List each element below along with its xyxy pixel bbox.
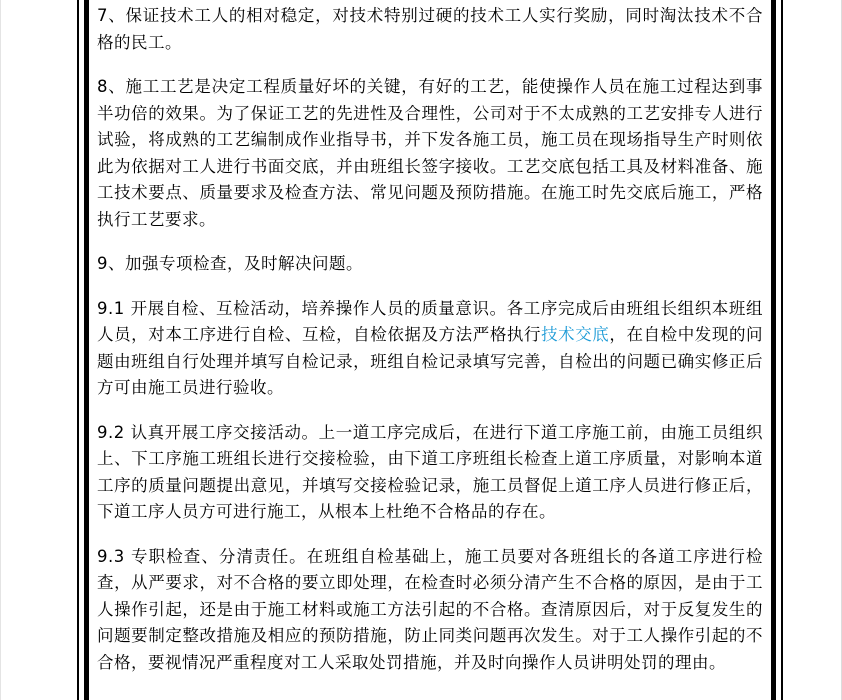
paragraph-9: 9、加强专项检查，及时解决问题。 (97, 251, 763, 278)
paragraph-8: 8、施工工艺是决定工程质量好坏的关键，有好的工艺，能使操作人员在施工过程达到事半… (97, 74, 763, 233)
paragraph-9-2: 9.2 认真开展工序交接活动。上一道工序完成后，在进行下道工序施工前，由施工员组… (97, 420, 763, 526)
paragraph-9-1: 9.1 开展自检、互检活动，培养操作人员的质量意识。各工序完成后由班组长组织本班… (97, 296, 763, 402)
tech-disclosure-link[interactable]: 技术交底 (541, 325, 609, 344)
paragraph-7: 7、保证技术工人的相对稳定，对技术特别过硬的技术工人实行奖励，同时淘汰技术不合格… (97, 3, 763, 56)
page-border-inner: 7、保证技术工人的相对稳定，对技术特别过硬的技术工人实行奖励，同时淘汰技术不合格… (84, 0, 776, 700)
paragraph-9-3: 9.3 专职检查、分清责任。在班组自检基础上，施工员要对各班组长的各道工序进行检… (97, 544, 763, 677)
document-content: 7、保证技术工人的相对稳定，对技术特别过硬的技术工人实行奖励，同时淘汰技术不合格… (97, 3, 763, 676)
document-viewport: 7、保证技术工人的相对稳定，对技术特别过硬的技术工人实行奖励，同时淘汰技术不合格… (0, 0, 842, 700)
page-border-outer: 7、保证技术工人的相对稳定，对技术特别过硬的技术工人实行奖励，同时淘汰技术不合格… (77, 0, 783, 700)
